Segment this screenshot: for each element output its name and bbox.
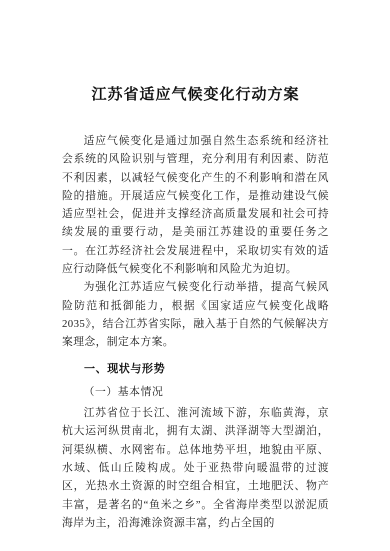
subsection-heading-basic-facts: （一）基本情况 <box>62 383 329 401</box>
document-page: 江苏省适应气候变化行动方案 适应气候变化是通过加强自然生态系统和经济社会系统的风… <box>0 0 390 551</box>
document-title: 江苏省适应气候变化行动方案 <box>62 86 329 105</box>
paragraph-intro: 适应气候变化是通过加强自然生态系统和经济社会系统的风险识别与管理，充分利用有利因… <box>62 132 329 278</box>
paragraph-purpose: 为强化江苏适应气候变化行动举措，提高气候风险防范和抵御能力，根据《国家适应气候变… <box>62 278 329 351</box>
paragraph-basic-facts: 江苏省位于长江、淮河流域下游，东临黄海，京杭大运河纵贯南北，拥有太湖、洪泽湖等大… <box>62 404 329 532</box>
section-heading-current-situation: 一、现状与形势 <box>62 360 329 378</box>
